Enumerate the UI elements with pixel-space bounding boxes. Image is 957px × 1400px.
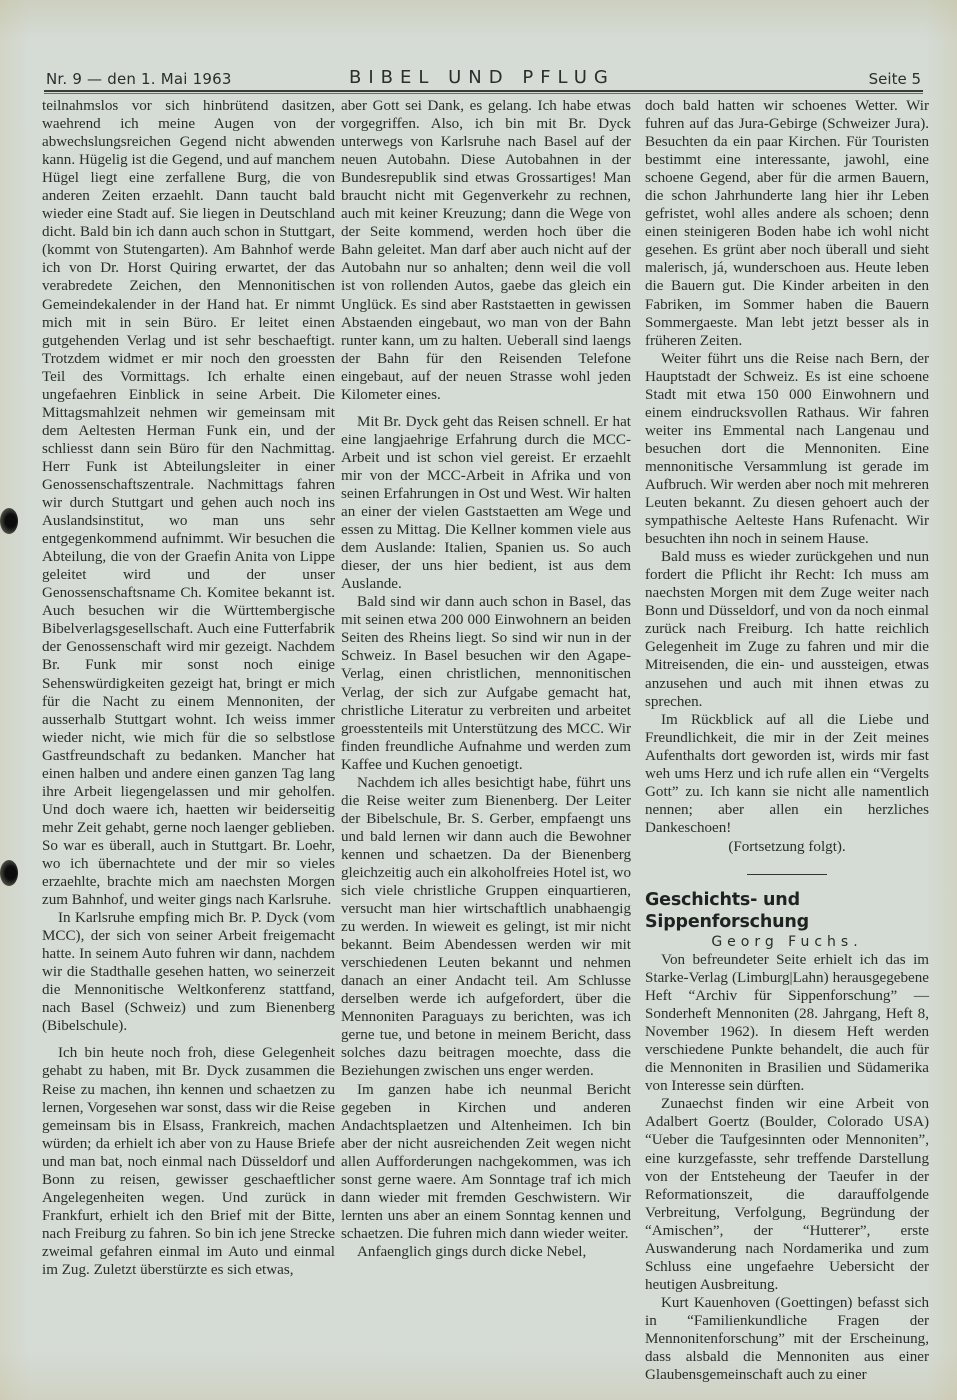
section-divider (747, 874, 827, 875)
issue-date: Nr. 9 — den 1. Mai 1963 (46, 70, 232, 88)
header-rule (44, 90, 923, 92)
continuation-note: (Fortsetzung folgt). (645, 838, 929, 856)
paragraph: Mit Br. Dyck geht das Reisen schnell. Er… (341, 413, 631, 593)
paragraph: Anfaenglich gings durch dicke Nebel, (341, 1243, 631, 1261)
punch-hole (0, 508, 18, 534)
paragraph: Kurt Kauenhoven (Goettingen) befasst sic… (645, 1294, 929, 1384)
paragraph: Bald muss es wieder zurückgehen und nun … (645, 548, 929, 710)
paragraph: doch bald hatten wir schoenes Wetter. Wi… (645, 97, 929, 350)
paragraph: Von befreundeter Seite erhielt ich das i… (645, 951, 929, 1095)
masthead: Nr. 9 — den 1. Mai 1963 BIBEL UND PFLUG … (46, 60, 921, 88)
page-number: Seite 5 (869, 70, 921, 88)
paragraph: aber Gott sei Dank, es gelang. Ich habe … (341, 97, 631, 404)
paragraph: In Karlsruhe empfing mich Br. P. Dyck (v… (42, 909, 335, 1035)
section-author: Georg Fuchs. (645, 933, 929, 951)
column-3: doch bald hatten wir schoenes Wetter. Wi… (645, 97, 929, 1384)
publication-title: BIBEL UND PFLUG (349, 67, 615, 88)
paragraph: Im Rückblick auf all die Liebe und Freun… (645, 711, 929, 837)
paragraph: Nachdem ich alles besichtigt habe, führt… (341, 774, 631, 1081)
paragraph: teilnahmslos vor sich hinbrütend dasitze… (42, 97, 335, 909)
paragraph: Bald sind wir dann auch schon in Basel, … (341, 593, 631, 773)
column-1: teilnahmslos vor sich hinbrütend dasitze… (42, 97, 335, 1279)
newspaper-page: Nr. 9 — den 1. Mai 1963 BIBEL UND PFLUG … (0, 0, 957, 1400)
paragraph: Zunaechst finden wir eine Arbeit von Ada… (645, 1095, 929, 1294)
section-title: Geschichts- und Sippenforschung (645, 889, 929, 933)
column-2: aber Gott sei Dank, es gelang. Ich habe … (341, 97, 631, 1261)
header-rule-thin (44, 93, 923, 94)
paragraph: Weiter führt uns die Reise nach Bern, de… (645, 350, 929, 549)
paragraph: Ich bin heute noch froh, diese Gelegenhe… (42, 1044, 335, 1279)
paragraph: Im ganzen habe ich neunmal Bericht gegeb… (341, 1081, 631, 1243)
punch-hole (0, 860, 18, 886)
